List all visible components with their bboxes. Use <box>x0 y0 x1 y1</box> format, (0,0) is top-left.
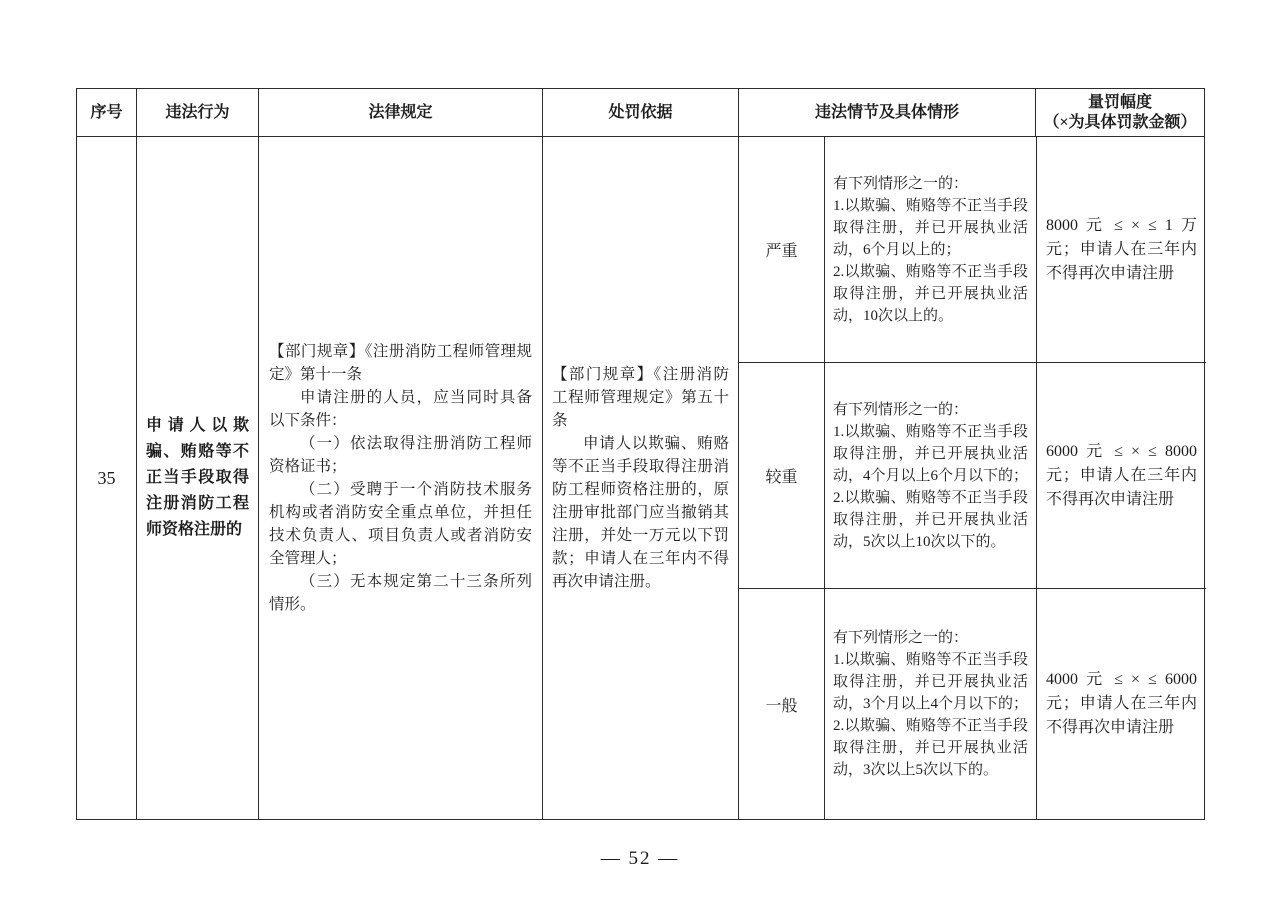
severity-label-cell: 较重 <box>739 363 824 588</box>
penalty-basis-paragraph: 【部门规章】《注册消防工程师管理规定》第五十条 <box>552 363 729 432</box>
severity-label: 一般 <box>765 693 797 716</box>
header-cell-law: 法律规定 <box>258 89 542 136</box>
circumstance-line: 1.以欺骗、贿赂等不正当手段取得注册，并已开展执业活动，3个月以上4个月以下的； <box>833 649 1028 715</box>
legal-provision-paragraph: 【部门规章】《注册消防工程师管理规定》第十一条 <box>269 340 532 386</box>
header-label-circumstance: 违法情节及具体情形 <box>739 103 1035 123</box>
penalty-range-cell: 6000 元 ≤ × ≤ 8000 元；申请人在三年内不得再次申请注册 <box>1036 363 1206 588</box>
circumstance-detail-cell: 有下列情形之一的： 1.以欺骗、贿赂等不正当手段取得注册，并已开展执业活动，3个… <box>824 589 1036 819</box>
severity-label: 较重 <box>765 464 797 487</box>
circumstance-detail-cell: 有下列情形之一的： 1.以欺骗、贿赂等不正当手段取得注册，并已开展执业活动，6个… <box>824 137 1036 362</box>
legal-provision-paragraph: （三）无本规定第二十三条所列情形。 <box>269 570 532 616</box>
severity-label: 严重 <box>765 238 797 261</box>
legal-provision-paragraph: （一）依法取得注册消防工程师资格证书； <box>269 432 532 478</box>
severity-subrow-heavier: 较重 有下列情形之一的： 1.以欺骗、贿赂等不正当手段取得注册，并已开展执业活动… <box>739 362 1206 588</box>
penalty-range-text: 6000 元 ≤ × ≤ 8000 元；申请人在三年内不得再次申请注册 <box>1046 440 1197 512</box>
header-label-behavior: 违法行为 <box>137 103 258 123</box>
row-number-cell: 35 <box>77 137 136 819</box>
document-page: 序号 违法行为 法律规定 处罚依据 违法情节及具体情形 量罚幅度 （×为具体罚款… <box>0 0 1280 905</box>
legal-provision-cell: 【部门规章】《注册消防工程师管理规定》第十一条 申请注册的人员，应当同时具备以下… <box>258 137 542 819</box>
penalty-range-cell: 4000 元 ≤ × ≤ 6000 元；申请人在三年内不得再次申请注册 <box>1036 589 1206 819</box>
circumstance-line: 有下列情形之一的： <box>833 173 1028 195</box>
legal-provision-paragraph: （二）受聘于一个消防技术服务机构或者消防安全重点单位，并担任技术负责人、项目负责… <box>269 478 532 570</box>
circumstance-detail-cell: 有下列情形之一的： 1.以欺骗、贿赂等不正当手段取得注册，并已开展执业活动，4个… <box>824 363 1036 588</box>
severity-label-cell: 一般 <box>739 589 824 819</box>
penalty-range-cell: 8000 元 ≤ × ≤ 1 万元；申请人在三年内不得再次申请注册 <box>1036 137 1206 362</box>
table-body-row: 35 申请人以欺骗、贿赂等不正当手段取得注册消防工程师资格注册的 【部门规章】《… <box>77 137 1204 819</box>
severity-subrow-severe: 严重 有下列情形之一的： 1.以欺骗、贿赂等不正当手段取得注册，并已开展执业活动… <box>739 137 1206 362</box>
header-cell-circumstance: 违法情节及具体情形 <box>738 89 1035 136</box>
circumstance-line: 有下列情形之一的： <box>833 627 1028 649</box>
row-number: 35 <box>77 468 136 489</box>
header-label-no: 序号 <box>77 103 136 123</box>
circumstance-line: 2.以欺骗、贿赂等不正当手段取得注册，并已开展执业活动，5次以上10次以下的。 <box>833 487 1028 553</box>
header-cell-basis: 处罚依据 <box>542 89 738 136</box>
violation-behavior-text: 申请人以欺骗、贿赂等不正当手段取得注册消防工程师资格注册的 <box>146 413 249 543</box>
header-label-penalty-line1: 量罚幅度 <box>1036 93 1204 113</box>
header-label-basis: 处罚依据 <box>543 103 738 123</box>
header-cell-behavior: 违法行为 <box>136 89 258 136</box>
penalty-range-text: 8000 元 ≤ × ≤ 1 万元；申请人在三年内不得再次申请注册 <box>1046 214 1197 286</box>
header-label-law: 法律规定 <box>259 103 542 123</box>
penalty-basis-paragraph: 申请人以欺骗、贿赂等不正当手段取得注册消防工程师资格注册的，原注册审批部门应当撤… <box>552 432 729 593</box>
legal-provision-paragraph: 申请注册的人员，应当同时具备以下条件： <box>269 386 532 432</box>
table-header-row: 序号 违法行为 法律规定 处罚依据 违法情节及具体情形 量罚幅度 （×为具体罚款… <box>77 89 1204 137</box>
circumstance-line: 有下列情形之一的： <box>833 399 1028 421</box>
header-cell-penalty: 量罚幅度 （×为具体罚款金额） <box>1035 89 1204 136</box>
page-number: — 52 — <box>0 848 1280 870</box>
severity-subrow-general: 一般 有下列情形之一的： 1.以欺骗、贿赂等不正当手段取得注册，并已开展执业活动… <box>739 588 1206 819</box>
circumstance-line: 2.以欺骗、贿赂等不正当手段取得注册，并已开展执业活动，3次以上5次以下的。 <box>833 715 1028 781</box>
circumstance-line: 2.以欺骗、贿赂等不正当手段取得注册，并已开展执业活动，10次以上的。 <box>833 261 1028 327</box>
header-cell-no: 序号 <box>77 89 136 136</box>
severity-label-cell: 严重 <box>739 137 824 362</box>
penalty-range-text: 4000 元 ≤ × ≤ 6000 元；申请人在三年内不得再次申请注册 <box>1046 668 1197 740</box>
violation-behavior-cell: 申请人以欺骗、贿赂等不正当手段取得注册消防工程师资格注册的 <box>136 137 258 819</box>
circumstance-line: 1.以欺骗、贿赂等不正当手段取得注册，并已开展执业活动，6个月以上的； <box>833 195 1028 261</box>
circumstance-penalty-block: 严重 有下列情形之一的： 1.以欺骗、贿赂等不正当手段取得注册，并已开展执业活动… <box>738 137 1206 819</box>
circumstance-line: 1.以欺骗、贿赂等不正当手段取得注册，并已开展执业活动，4个月以上6个月以下的； <box>833 421 1028 487</box>
penalty-table: 序号 违法行为 法律规定 处罚依据 违法情节及具体情形 量罚幅度 （×为具体罚款… <box>76 88 1205 820</box>
header-label-penalty-line2: （×为具体罚款金额） <box>1036 113 1204 133</box>
penalty-basis-cell: 【部门规章】《注册消防工程师管理规定》第五十条 申请人以欺骗、贿赂等不正当手段取… <box>542 137 738 819</box>
